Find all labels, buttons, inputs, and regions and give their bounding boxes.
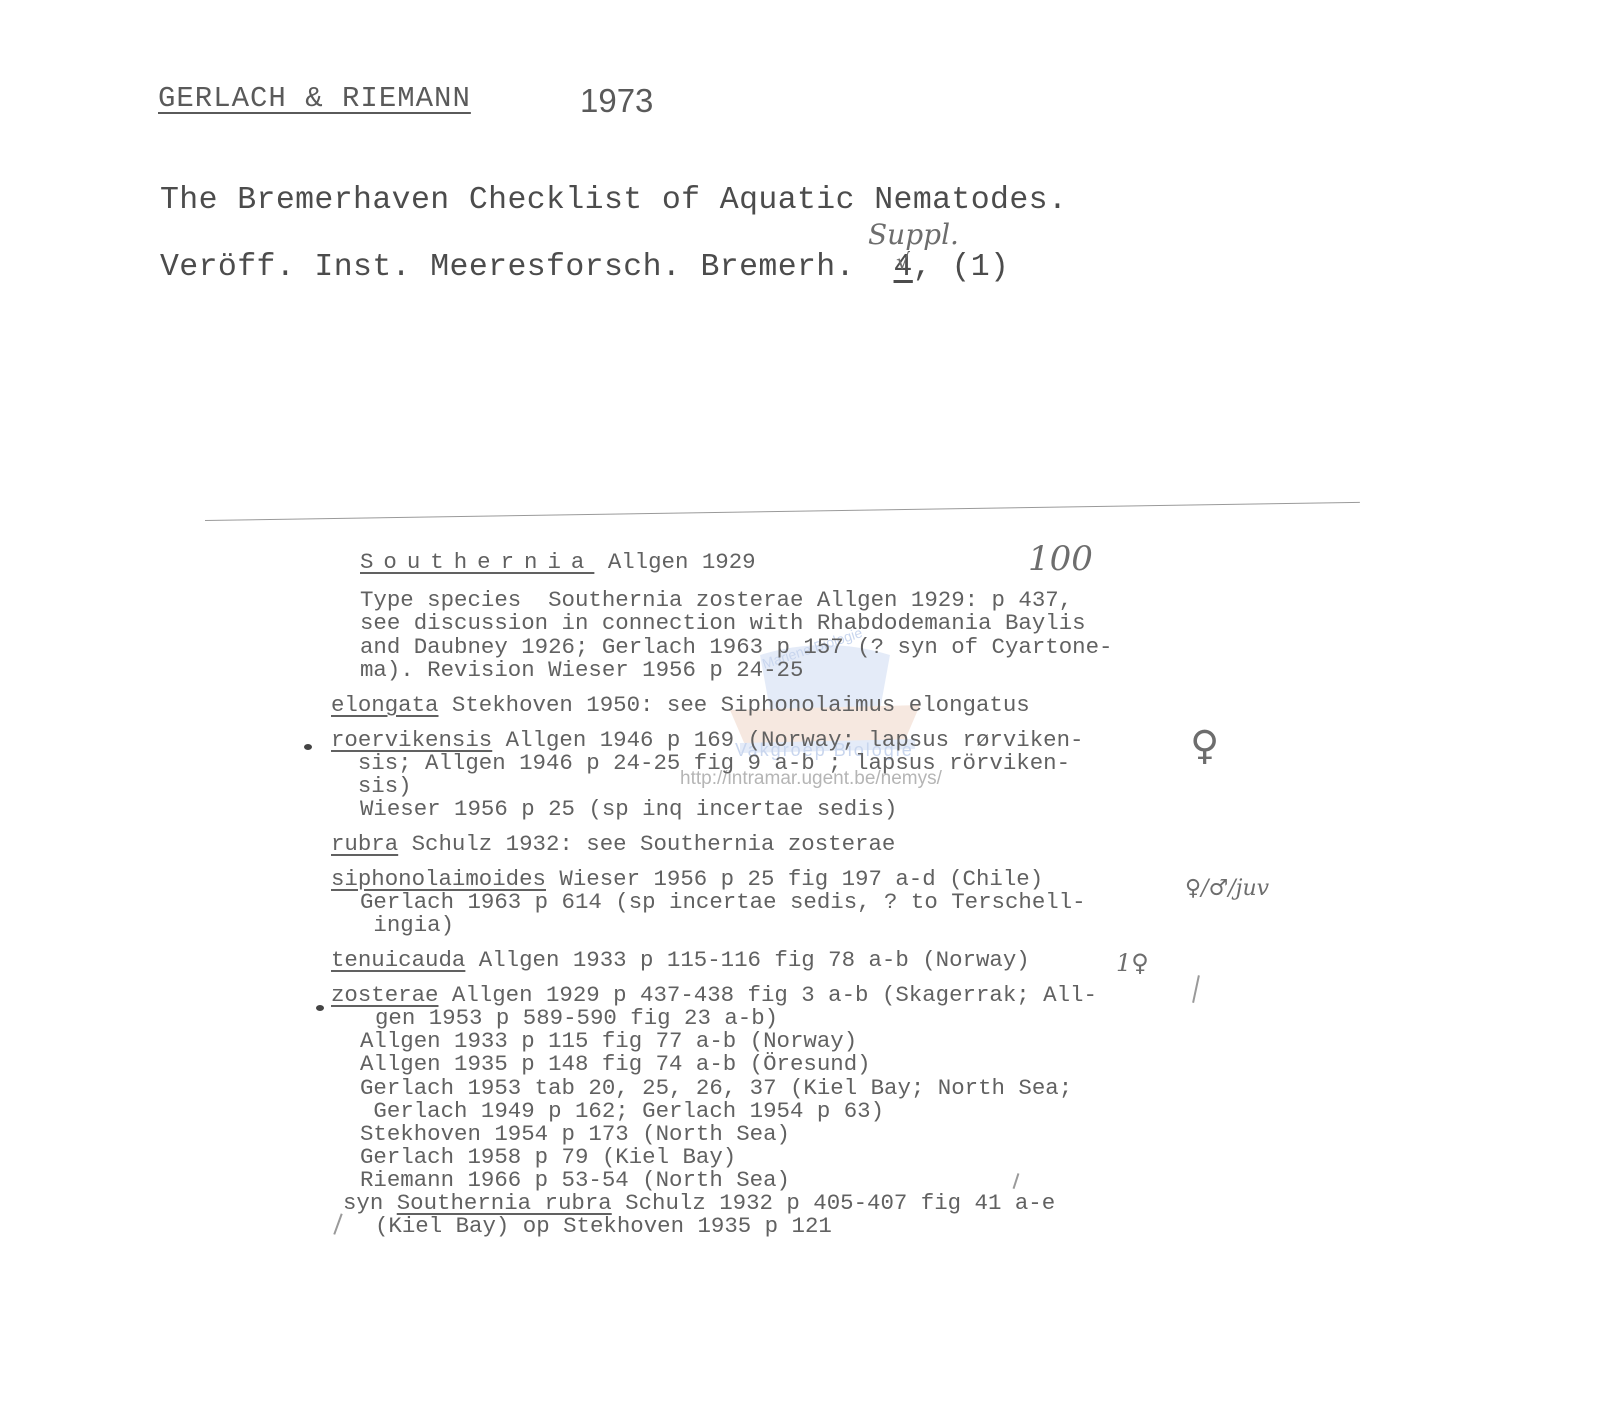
type-species-line: see discussion in connection with Rhabdo… [360, 612, 1086, 636]
reference-journal: Veröff. Inst. Meeresforsch. Bremerh. 4, … [160, 250, 1009, 285]
handwritten-female-symbol: ♀ [1190, 735, 1219, 759]
bullet-mark-icon [304, 744, 312, 750]
synonym-continuation: (Kiel Bay) op Stekhoven 1935 p 121 [375, 1215, 832, 1239]
species-reference: Wieser 1956 p 25 (sp inq incertae sedis) [360, 798, 897, 822]
species-citation: Schulz 1932: see Southernia zosterae [398, 831, 895, 857]
bullet-mark-icon [316, 1005, 324, 1011]
species-citation: Stekhoven 1950: see Siphonolaimus elonga… [439, 692, 1030, 718]
handwritten-suppl-note: Suppl. [868, 218, 959, 251]
handwritten-check-mark: √ [896, 250, 910, 275]
handwritten-sex-note: ♀/♂/juv [1185, 877, 1269, 901]
reference-authors: GERLACH & RIEMANN [158, 82, 471, 115]
genus-name: Southernia [360, 549, 594, 575]
genus-author: Allgen 1929 [608, 549, 756, 575]
handwritten-number: 100 [1028, 548, 1093, 572]
species-name: rubra [331, 831, 398, 857]
species-citation-continuation: sis; Allgen 1946 p 24-25 fig 9 a-b ; lap… [331, 752, 1070, 776]
species-reference: Gerlach 1963 p 614 (sp incertae sedis, ?… [360, 891, 1086, 915]
reference-title: The Bremerhaven Checklist of Aquatic Nem… [160, 183, 1067, 218]
species-entry-elongata: elongata Stekhoven 1950: see Siphonolaim… [331, 694, 1030, 718]
card-divider-line [205, 502, 1360, 521]
reference-year: 1973 [580, 82, 653, 120]
species-entry-rubra: rubra Schulz 1932: see Southernia zoster… [331, 833, 895, 857]
journal-name: Veröff. Inst. Meeresforsch. Bremerh. [160, 250, 855, 285]
species-name: elongata [331, 692, 439, 718]
type-species-line: ma). Revision Wieser 1956 p 24-25 [360, 659, 803, 683]
journal-issue: , (1) [913, 250, 1010, 285]
pencil-tick-mark-icon [1013, 1173, 1019, 1189]
species-name: tenuicauda [331, 947, 465, 973]
handwritten-count-note: 1♀ [1116, 952, 1149, 976]
species-entry-tenuicauda: tenuicauda Allgen 1933 p 115-116 fig 78 … [331, 949, 1030, 973]
species-reference: Allgen 1935 p 148 fig 74 a-b (Öresund) [360, 1053, 871, 1077]
species-citation: Allgen 1933 p 115-116 fig 78 a-b (Norway… [465, 947, 1029, 973]
pencil-tick-mark-icon [333, 1213, 342, 1234]
genus-heading: Southernia Allgen 1929 [360, 551, 756, 575]
species-reference-continuation: ingia) [360, 914, 454, 938]
pencil-tick-mark-icon [1192, 975, 1199, 1003]
